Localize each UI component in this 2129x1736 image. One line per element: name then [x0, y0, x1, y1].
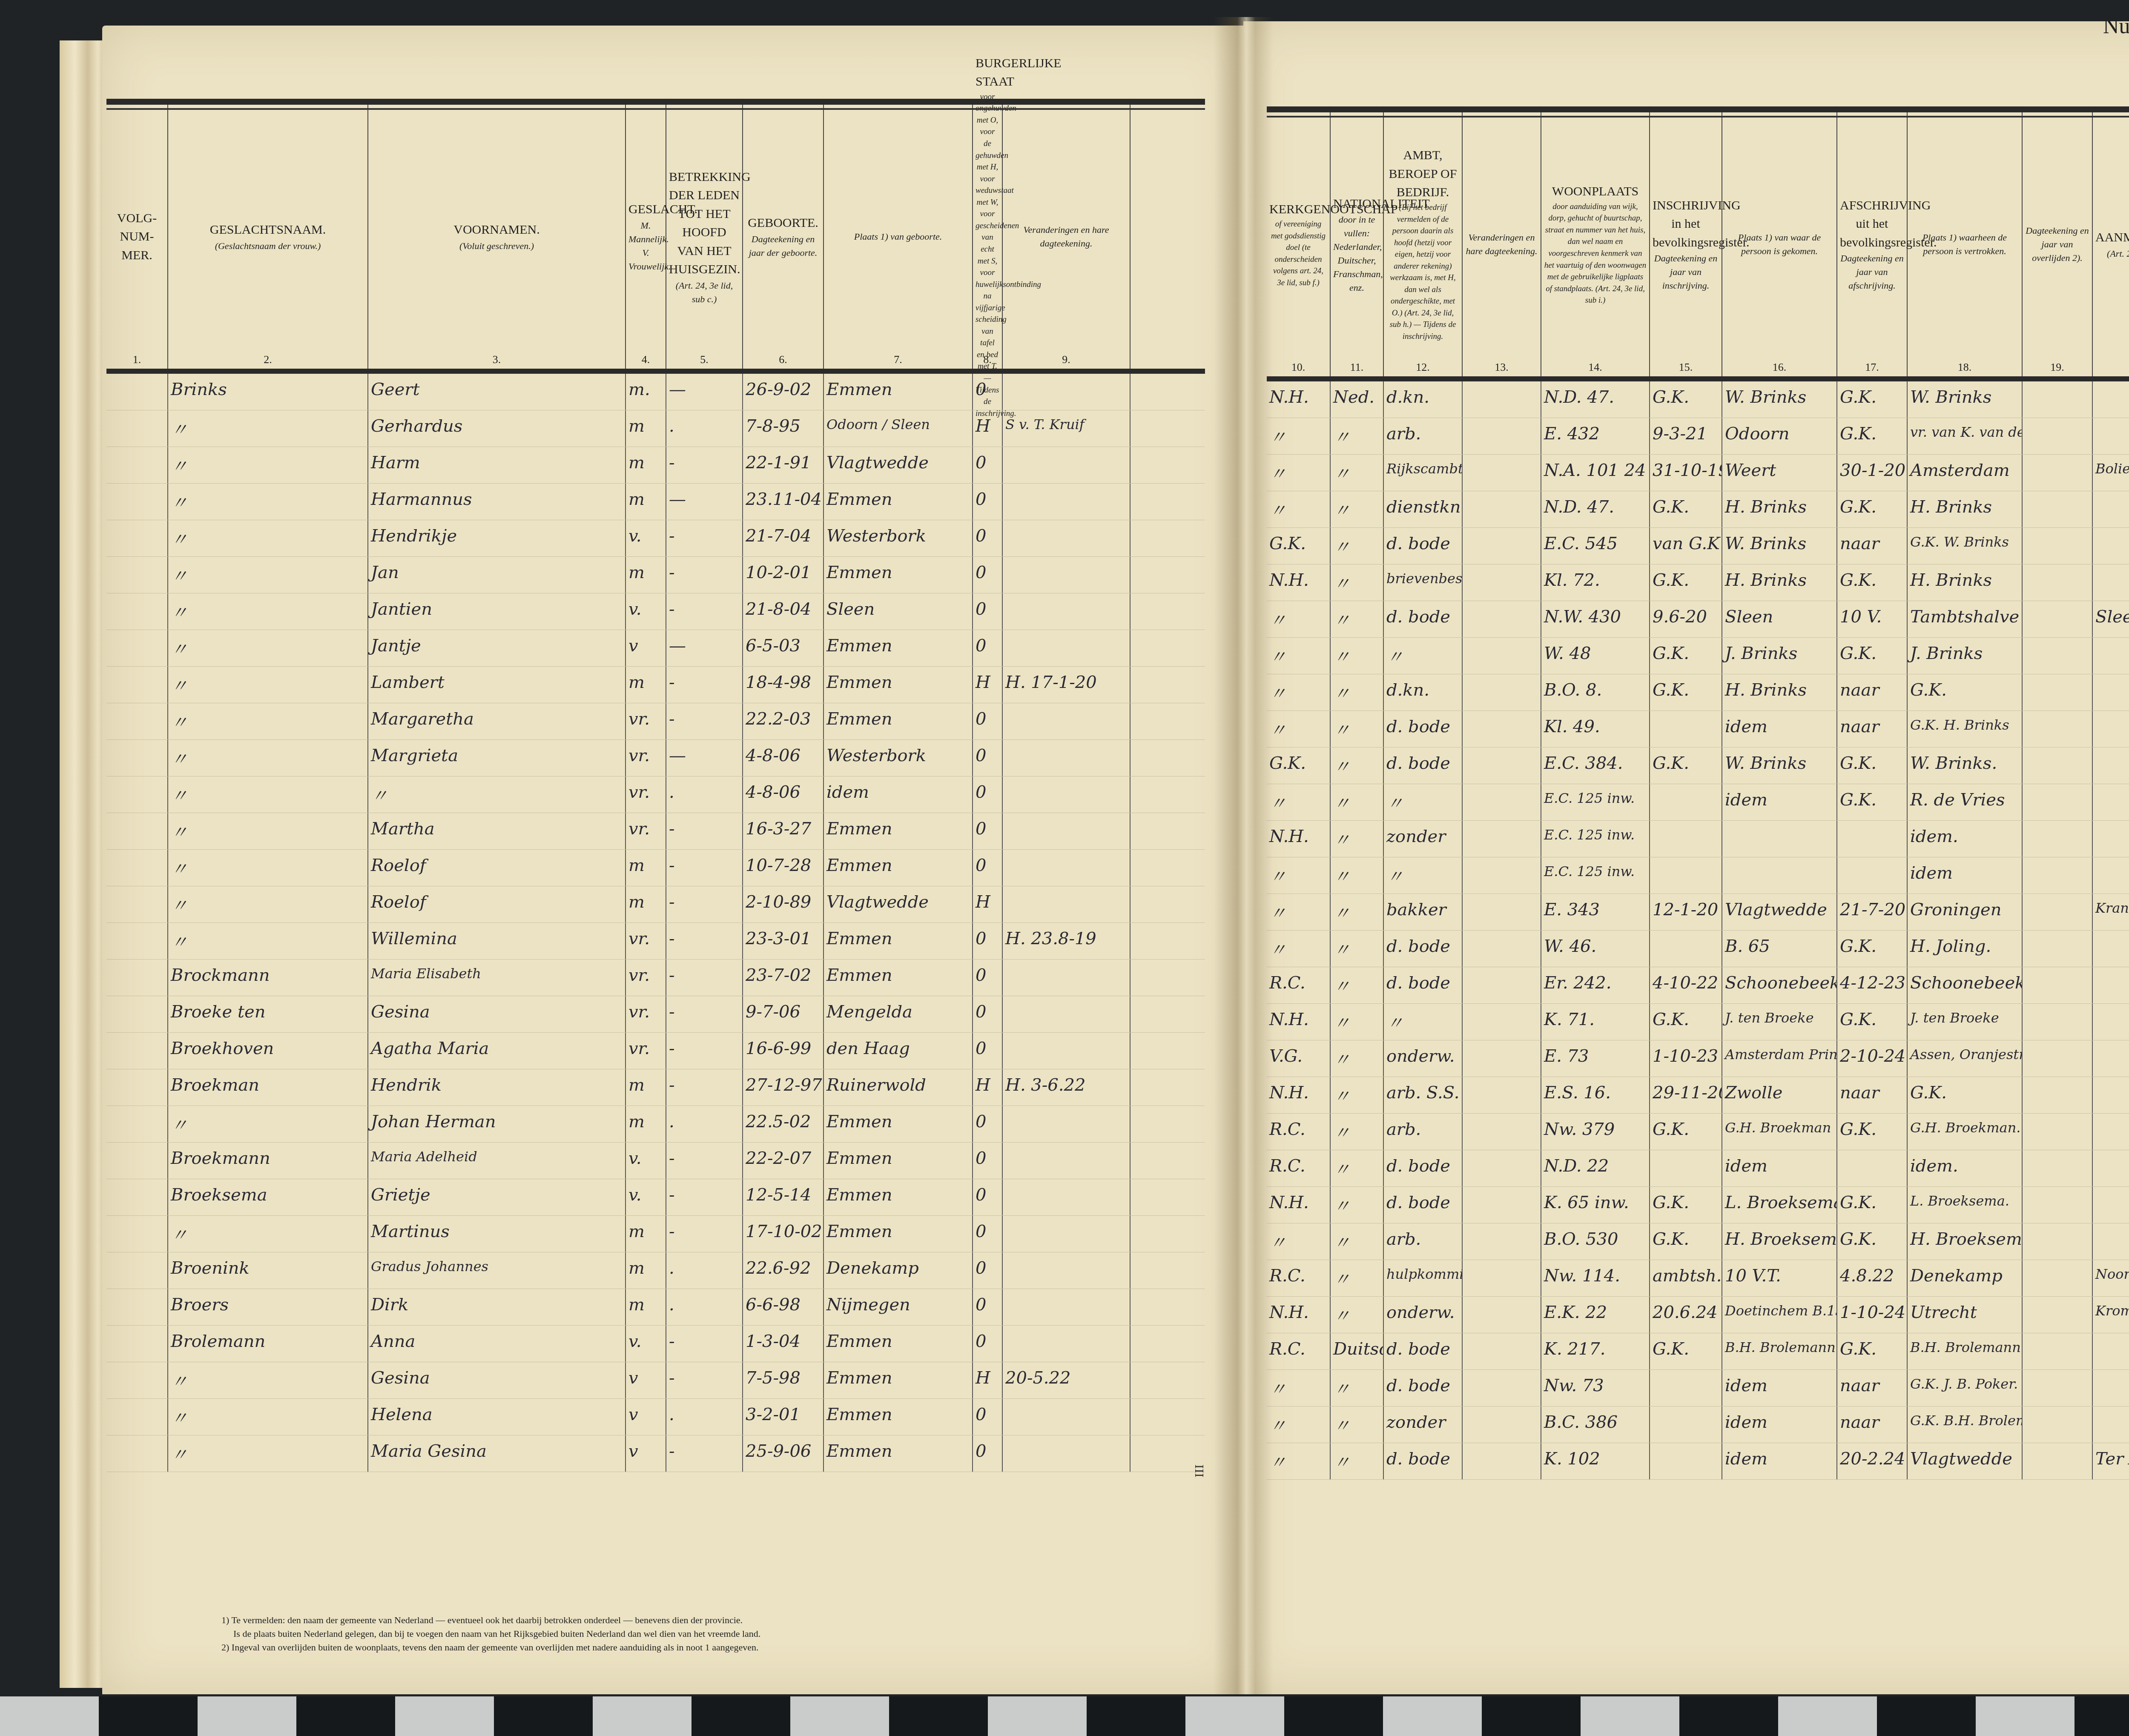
cell-death [2023, 1333, 2093, 1369]
cell-out-date: G.K. [1837, 931, 1908, 967]
cell-ins-date: 9-3-21 [1650, 418, 1722, 454]
cell-out-to: G.K. B.H. Brolemann. [1908, 1407, 2023, 1443]
cell-surname: Broeke ten [168, 996, 368, 1032]
cell-out-to: Amsterdam [1908, 455, 2023, 491]
cell-remarks [2093, 528, 2129, 564]
cell-occ: 〃 [1384, 857, 1463, 894]
table-row: 〃Gerhardusm.7-8-95Odoorn / SleenHS v. T.… [106, 410, 1205, 447]
header-subtitle: Dagteekening en jaar van afschrijving. [1840, 252, 1904, 292]
cell-civil-change: H. 3-6.22 [1003, 1069, 1130, 1106]
table-row: 〃Willeminavr.-23-3-01Emmen0H. 23.8-19 [106, 923, 1205, 960]
footnote-1b: Is de plaats buiten Nederland gelegen, d… [221, 1627, 760, 1641]
cell-volgnummer [106, 410, 168, 447]
cell-pob: Vlagtwedde [824, 447, 973, 483]
cell-church: N.H. [1267, 1004, 1331, 1040]
cell-out-date: 4-12-23 [1837, 967, 1908, 1003]
cell-dob: 27-12-97 [743, 1069, 824, 1106]
cell-occ-change [1463, 967, 1541, 1003]
cell-death [2023, 711, 2093, 747]
cell-church: 〃 [1267, 418, 1331, 454]
table-row: 〃Lambertm-18-4-98EmmenHH. 17-1-20 [106, 667, 1205, 703]
cell-occ: d. bode [1384, 967, 1463, 1003]
header-col-16: Plaats 1) van waar de persoon is gekomen… [1722, 112, 1837, 376]
cell-out-date: 20-2.24 [1837, 1443, 1908, 1479]
cell-occ: 〃 [1384, 638, 1463, 674]
cell-pob: Emmen [824, 1179, 973, 1215]
cell-ins-date [1650, 1443, 1722, 1479]
table-row: 〃Harmannusm—23.11-04Emmen0 [106, 484, 1205, 520]
cell-nat: 〃 [1331, 1150, 1384, 1186]
header-col-1: VOLG-NUM-MER.1. [106, 105, 168, 369]
cell-civil: 0 [973, 1435, 1003, 1472]
cell-address: Kl. 72. [1541, 564, 1650, 601]
cell-sex: v [626, 630, 666, 666]
header-number: 2. [168, 352, 367, 368]
cell-death [2023, 1370, 2093, 1406]
checker-square [1877, 1696, 1976, 1736]
cell-out-date: 30-1-20 [1837, 455, 1908, 491]
cell-given: Margaretha [368, 703, 626, 739]
checker-square [790, 1696, 889, 1736]
header-title: AFSCHRIJVING uit het bevolkingsregister. [1840, 196, 1904, 252]
cell-out-to: G.K. J. B. Poker. [1908, 1370, 2023, 1406]
cell-rel: . [666, 1399, 743, 1435]
table-row: 〃Harmm-22-1-91Vlagtwedde0 [106, 447, 1205, 484]
cell-out-date: G.K. [1837, 1223, 1908, 1260]
cell-church: 〃 [1267, 601, 1331, 637]
header-number: 7. [824, 352, 972, 368]
cell-nat: 〃 [1331, 638, 1384, 674]
cell-address: E.K. 22 [1541, 1297, 1650, 1333]
cell-remarks [2093, 1077, 2129, 1113]
table-row: 〃Roelofm-2-10-89VlagtweddeH [106, 886, 1205, 923]
cell-ins-date: G.K. [1650, 1187, 1722, 1223]
cell-volgnummer [106, 776, 168, 813]
header-number: 3. [368, 352, 625, 368]
checker-square [99, 1696, 198, 1736]
cell-rel: - [666, 996, 743, 1032]
cell-occ: zonder [1384, 821, 1463, 857]
cell-ins-from: idem [1722, 711, 1837, 747]
cell-civil: 0 [973, 1106, 1003, 1142]
cell-sex: v [626, 1399, 666, 1435]
cell-address: E.C. 125 inw. [1541, 784, 1650, 820]
cell-surname: 〃 [168, 1362, 368, 1398]
cell-out-to: vr. van K. van der Veen [1908, 418, 2023, 454]
cell-ins-from: Odoorn [1722, 418, 1837, 454]
cell-occ: d. bode [1384, 1370, 1463, 1406]
cell-death [2023, 1407, 2093, 1443]
cell-surname: 〃 [168, 593, 368, 630]
cell-ins-date: G.K. [1650, 1223, 1722, 1260]
cell-occ-change [1463, 748, 1541, 784]
cell-occ: d. bode [1384, 1187, 1463, 1223]
cell-nat: 〃 [1331, 967, 1384, 1003]
cell-rel: . [666, 1289, 743, 1325]
cell-sex: v. [626, 1179, 666, 1215]
cell-death [2023, 894, 2093, 930]
cell-death [2023, 967, 2093, 1003]
cell-occ-change [1463, 564, 1541, 601]
cell-civil-change [1003, 813, 1130, 849]
cell-given: Jantje [368, 630, 626, 666]
cell-nat: 〃 [1331, 1370, 1384, 1406]
cell-surname: 〃 [168, 886, 368, 922]
cell-remarks [2093, 967, 2129, 1003]
cell-volgnummer [106, 1399, 168, 1435]
cell-out-date: G.K. [1837, 784, 1908, 820]
cell-volgnummer [106, 1362, 168, 1398]
cell-surname: 〃 [168, 850, 368, 886]
cell-sex: vr. [626, 1033, 666, 1069]
cell-surname: Broekmann [168, 1143, 368, 1179]
cell-nat: 〃 [1331, 1297, 1384, 1333]
checker-square [494, 1696, 593, 1736]
cell-civil: 0 [973, 776, 1003, 813]
cell-sex: v. [626, 520, 666, 556]
header-col-9: Veranderingen en hare dagteekening.9. [1003, 105, 1130, 369]
cell-out-to: G.K. H. Brinks [1908, 711, 2023, 747]
cell-ins-date: 1-10-23 [1650, 1040, 1722, 1077]
cell-sex: vr. [626, 996, 666, 1032]
cell-address: B.C. 386 [1541, 1407, 1650, 1443]
table-row: BroekhovenAgatha Mariavr.-16-6-99den Haa… [106, 1033, 1205, 1069]
cell-rel: - [666, 703, 743, 739]
cell-nat: 〃 [1331, 1260, 1384, 1296]
cell-civil: 0 [973, 1252, 1003, 1289]
header-subtitle: (Voluit geschreven.) [371, 239, 623, 253]
cell-death [2023, 1114, 2093, 1150]
cell-pob: Emmen [824, 1143, 973, 1179]
header-col-5: BETREKKING DER LEDEN TOT HET HOOFD VAN H… [666, 105, 743, 369]
cell-occ: onderw. [1384, 1297, 1463, 1333]
header-col-20: AANMERKINGEN.(Art. 24, 5e lid.)20. [2093, 112, 2129, 376]
cell-occ-change [1463, 455, 1541, 491]
header-number: 5. [666, 352, 742, 368]
cell-occ: hulpkommies opgeheven [1384, 1260, 1463, 1296]
cell-volgnummer [106, 557, 168, 593]
cell-occ-change [1463, 1370, 1541, 1406]
cell-dob: 17-10-02 [743, 1216, 824, 1252]
left-register-table: VOLG-NUM-MER.1.GESLACHTSNAAM.(Geslachtsn… [106, 99, 1205, 1472]
cell-church: 〃 [1267, 455, 1331, 491]
header-col-18: Plaats 1) waarheen de persoon is vertrok… [1908, 112, 2023, 376]
cell-surname: 〃 [168, 1216, 368, 1252]
cell-sex: v. [626, 593, 666, 630]
cell-sex: m [626, 557, 666, 593]
cell-address: N.D. 47. [1541, 381, 1650, 418]
cell-church: 〃 [1267, 1407, 1331, 1443]
cell-sex: m [626, 1106, 666, 1142]
cell-ins-from: Amsterdam Prinsengracht 315 [1722, 1040, 1837, 1077]
header-subtitle: of vereeniging met godsdienstig doel (te… [1269, 218, 1327, 289]
cell-pob: Emmen [824, 923, 973, 959]
table-row: N.H.Ned.d.kn.N.D. 47.G.K.W. BrinksG.K.W.… [1267, 381, 2129, 418]
header-title: BURGERLIJKE STAAT [976, 54, 999, 91]
cell-civil: 0 [973, 923, 1003, 959]
cell-occ-change [1463, 381, 1541, 418]
table-row: BroekmannMaria Adelheidv.-22-2-07Emmen0 [106, 1143, 1205, 1179]
cell-rel: - [666, 923, 743, 959]
cell-pob: Emmen [824, 484, 973, 520]
header-subtitle: M. Mannelijk. V. Vrouwelijk. [628, 219, 663, 273]
cell-ins-from: Sleen [1722, 601, 1837, 637]
cell-church: 〃 [1267, 784, 1331, 820]
cell-civil-change [1003, 740, 1130, 776]
cell-church: V.G. [1267, 1040, 1331, 1077]
cell-occ: d. bode [1384, 1150, 1463, 1186]
cell-volgnummer [106, 1143, 168, 1179]
cell-occ: d. bode [1384, 601, 1463, 637]
header-col-15: INSCHRIJVING in het bevolkingsregister.D… [1650, 112, 1722, 376]
cell-remarks [2093, 1223, 2129, 1260]
cell-out-date: G.K. [1837, 1114, 1908, 1150]
cell-rel: — [666, 374, 743, 410]
header-col-8: BURGERLIJKE STAATvoor ongehuwden met O, … [973, 105, 1003, 369]
header-subtitle: door in te vullen: Nederlander, Duitsche… [1333, 213, 1380, 294]
table-row: 〃〃arb.E. 4329-3-21OdoornG.K.vr. van K. v… [1267, 418, 2129, 455]
header-number: 1. [106, 352, 167, 368]
cell-church: 〃 [1267, 638, 1331, 674]
cell-ins-from: W. Brinks [1722, 528, 1837, 564]
cell-volgnummer [106, 667, 168, 703]
cell-nat: 〃 [1331, 784, 1384, 820]
cell-occ: d. bode [1384, 711, 1463, 747]
cell-out-date: G.K. [1837, 748, 1908, 784]
cell-volgnummer [106, 813, 168, 849]
cell-civil: 0 [973, 1143, 1003, 1179]
header-title: AANMERKINGEN. [2095, 228, 2129, 247]
header-title: INSCHRIJVING in het bevolkingsregister. [1653, 196, 1719, 252]
cell-out-to: W. Brinks. [1908, 748, 2023, 784]
cell-out-date: G.K. [1837, 1187, 1908, 1223]
footnotes: 1) Te vermelden: den naam der gemeente v… [221, 1613, 760, 1654]
header-subtitle: Plaats 1) waarheen de persoon is vertrok… [1910, 231, 2019, 258]
header-number: 14. [1541, 359, 1649, 375]
cell-rel: - [666, 1179, 743, 1215]
cell-remarks [2093, 564, 2129, 601]
cell-remarks [2093, 1040, 2129, 1077]
cell-remarks: Ter Apel [2093, 1443, 2129, 1479]
cell-surname: 〃 [168, 776, 368, 813]
cell-occ: 〃 [1384, 784, 1463, 820]
header-number: 11. [1331, 359, 1383, 375]
cell-given: Agatha Maria [368, 1033, 626, 1069]
cell-address: N.D. 22 [1541, 1150, 1650, 1186]
cell-ins-from: Schoonebeek [1722, 967, 1837, 1003]
cell-civil-change [1003, 776, 1130, 813]
cell-rel: - [666, 960, 743, 996]
cell-surname: Broers [168, 1289, 368, 1325]
cell-dob: 7-5-98 [743, 1362, 824, 1398]
cell-ins-date [1650, 821, 1722, 857]
cell-out-to: Schoonebeek. [1908, 967, 2023, 1003]
cell-death [2023, 1040, 2093, 1077]
cell-ins-from: L. Broeksema [1722, 1187, 1837, 1223]
header-number: 16. [1722, 359, 1836, 375]
cell-out-to: Denekamp [1908, 1260, 2023, 1296]
cell-rel: — [666, 484, 743, 520]
cell-remarks [2093, 418, 2129, 454]
cell-civil-change [1003, 1399, 1130, 1435]
cell-civil-change [1003, 996, 1130, 1032]
cell-volgnummer [106, 447, 168, 483]
cell-civil: H [973, 1069, 1003, 1106]
cell-out-date: naar [1837, 1370, 1908, 1406]
cell-surname: 〃 [168, 1435, 368, 1472]
cell-civil-change: H. 23.8-19 [1003, 923, 1130, 959]
cell-volgnummer [106, 886, 168, 922]
cell-pob: Emmen [824, 374, 973, 410]
cell-out-date: G.K. [1837, 1333, 1908, 1369]
cell-address: E. 73 [1541, 1040, 1650, 1077]
header-subtitle: Veranderingen en hare dagteekening. [1005, 223, 1127, 250]
cell-death [2023, 491, 2093, 527]
table-row: BrockmannMaria Elisabethvr.-23-7-02Emmen… [106, 960, 1205, 996]
cell-death [2023, 528, 2093, 564]
cell-civil: 0 [973, 996, 1003, 1032]
cell-out-to: G.K. [1908, 1077, 2023, 1113]
checker-square [198, 1696, 296, 1736]
cell-nat: 〃 [1331, 931, 1384, 967]
cell-volgnummer [106, 923, 168, 959]
cell-church: N.H. [1267, 821, 1331, 857]
checker-square [1087, 1696, 1185, 1736]
cell-remarks: Kromme Nieuwegracht 38. [2093, 1297, 2129, 1333]
cell-occ-change [1463, 1260, 1541, 1296]
cell-church: N.H. [1267, 564, 1331, 601]
cell-remarks [2093, 931, 2129, 967]
header-subtitle: Dagteekening en jaar der geboorte. [746, 232, 821, 260]
cell-civil: 0 [973, 960, 1003, 996]
cell-surname: Broekhoven [168, 1033, 368, 1069]
cell-ins-date [1650, 711, 1722, 747]
cell-ins-date [1650, 1407, 1722, 1443]
header-col-7: Plaats 1) van geboorte.7. [824, 105, 973, 369]
cell-rel: - [666, 1326, 743, 1362]
table-row: 〃〃d. bodeN.W. 4309.6-20Sleen10 V.Tambtsh… [1267, 601, 2129, 638]
cell-civil: 0 [973, 1216, 1003, 1252]
cell-dob: 21-7-04 [743, 520, 824, 556]
cell-pob: Denekamp [824, 1252, 973, 1289]
cell-dob: 10-2-01 [743, 557, 824, 593]
cell-church: 〃 [1267, 894, 1331, 930]
cell-given: Maria Gesina [368, 1435, 626, 1472]
cell-pob: Ruinerwold [824, 1069, 973, 1106]
table-row: 〃Marthavr.-16-3-27Emmen0 [106, 813, 1205, 850]
cell-address: E.C. 125 inw. [1541, 857, 1650, 894]
header-subtitle: Plaats 1) van waar de persoon is gekomen… [1725, 231, 1834, 258]
cell-civil: 0 [973, 484, 1003, 520]
cell-church: N.H. [1267, 1187, 1331, 1223]
table-row: BroeksemaGrietjev.-12-5-14Emmen0 [106, 1179, 1205, 1216]
table-row: 〃〃d.kn.B.O. 8.G.K.H. BrinksnaarG.K. [1267, 674, 2129, 711]
table-row: N.H.〃arb. S.S.E.S. 16.29-11-20Zwollenaar… [1267, 1077, 2129, 1114]
cell-pob: Emmen [824, 1399, 973, 1435]
cell-civil-change [1003, 520, 1130, 556]
cell-out-to: Vlagtwedde [1908, 1443, 2023, 1479]
cell-remarks [2093, 711, 2129, 747]
cell-occ-change [1463, 1223, 1541, 1260]
cell-pob: Westerbork [824, 740, 973, 776]
cell-church: 〃 [1267, 1370, 1331, 1406]
cell-death [2023, 601, 2093, 637]
cell-sex: vr. [626, 960, 666, 996]
cell-rel: — [666, 630, 743, 666]
cell-sex: m [626, 1252, 666, 1289]
cell-death [2023, 1187, 2093, 1223]
cell-out-date: G.K. [1837, 491, 1908, 527]
cell-ins-from: G.H. Broekman [1722, 1114, 1837, 1150]
cell-surname: 〃 [168, 1399, 368, 1435]
cell-occ-change [1463, 1077, 1541, 1113]
cell-rel: - [666, 667, 743, 703]
cell-occ-change [1463, 1040, 1541, 1077]
cell-civil-change [1003, 960, 1130, 996]
table-row: N.H.〃brievenbestellerKl. 72.G.K.H. Brink… [1267, 564, 2129, 601]
cell-nat: 〃 [1331, 748, 1384, 784]
header-title: VOORNAMEN. [371, 221, 623, 239]
cell-remarks [2093, 1114, 2129, 1150]
table-row: 〃〃d. bodeKl. 49.idemnaarG.K. H. Brinks [1267, 711, 2129, 748]
cell-nat: 〃 [1331, 711, 1384, 747]
cell-pob: Westerbork [824, 520, 973, 556]
cell-nat: 〃 [1331, 564, 1384, 601]
header-col-17: AFSCHRIJVING uit het bevolkingsregister.… [1837, 112, 1908, 376]
table-row: R.C.〃d. bodeN.D. 22idemidem. [1267, 1150, 2129, 1187]
cell-civil-change [1003, 703, 1130, 739]
table-row: 〃Maria Gesinav-25-9-06Emmen0 [106, 1435, 1205, 1472]
cell-remarks: Boliestraat no 11 3e etage. [2093, 455, 2129, 491]
table-row: 〃〃〃E.C. 125 inw.idemG.K.R. de Vries [1267, 784, 2129, 821]
cell-rel: . [666, 410, 743, 447]
header-number: 20. [2093, 359, 2129, 375]
cell-civil: 0 [973, 1399, 1003, 1435]
header-title: KERKGENOOTSCHAP [1269, 200, 1327, 219]
cell-nat: 〃 [1331, 1443, 1384, 1479]
cell-nat: 〃 [1331, 528, 1384, 564]
cell-surname: 〃 [168, 557, 368, 593]
cell-death [2023, 1297, 2093, 1333]
cell-occ-change [1463, 528, 1541, 564]
table-row: N.H.〃d. bodeK. 65 inw.G.K.L. BroeksemaG.… [1267, 1187, 2129, 1223]
cell-volgnummer [106, 520, 168, 556]
cell-pob: Emmen [824, 1106, 973, 1142]
cell-dob: 4-8-06 [743, 740, 824, 776]
cell-dob: 21-8-04 [743, 593, 824, 630]
cell-ins-date: 12-1-20 [1650, 894, 1722, 930]
cell-occ: bakker [1384, 894, 1463, 930]
cell-given: Gradus Johannes [368, 1252, 626, 1289]
cell-rel: . [666, 776, 743, 813]
cell-volgnummer [106, 740, 168, 776]
cell-out-to: idem [1908, 857, 2023, 894]
checker-square [296, 1696, 395, 1736]
cell-out-date: G.K. [1837, 418, 1908, 454]
cell-address: K. 65 inw. [1541, 1187, 1650, 1223]
cell-nat: 〃 [1331, 1040, 1384, 1077]
cell-out-date: G.K. [1837, 564, 1908, 601]
cell-volgnummer [106, 1289, 168, 1325]
cell-given: Willemina [368, 923, 626, 959]
cell-civil-change: H. 17-1-20 [1003, 667, 1130, 703]
header-title: VOLG-NUM-MER. [109, 209, 165, 265]
header-number: 12. [1384, 359, 1462, 375]
cell-out-to: Groningen [1908, 894, 2023, 930]
cell-surname: Broeksema [168, 1179, 368, 1215]
cell-civil-change: 20-5.22 [1003, 1362, 1130, 1398]
cell-sex: m [626, 886, 666, 922]
